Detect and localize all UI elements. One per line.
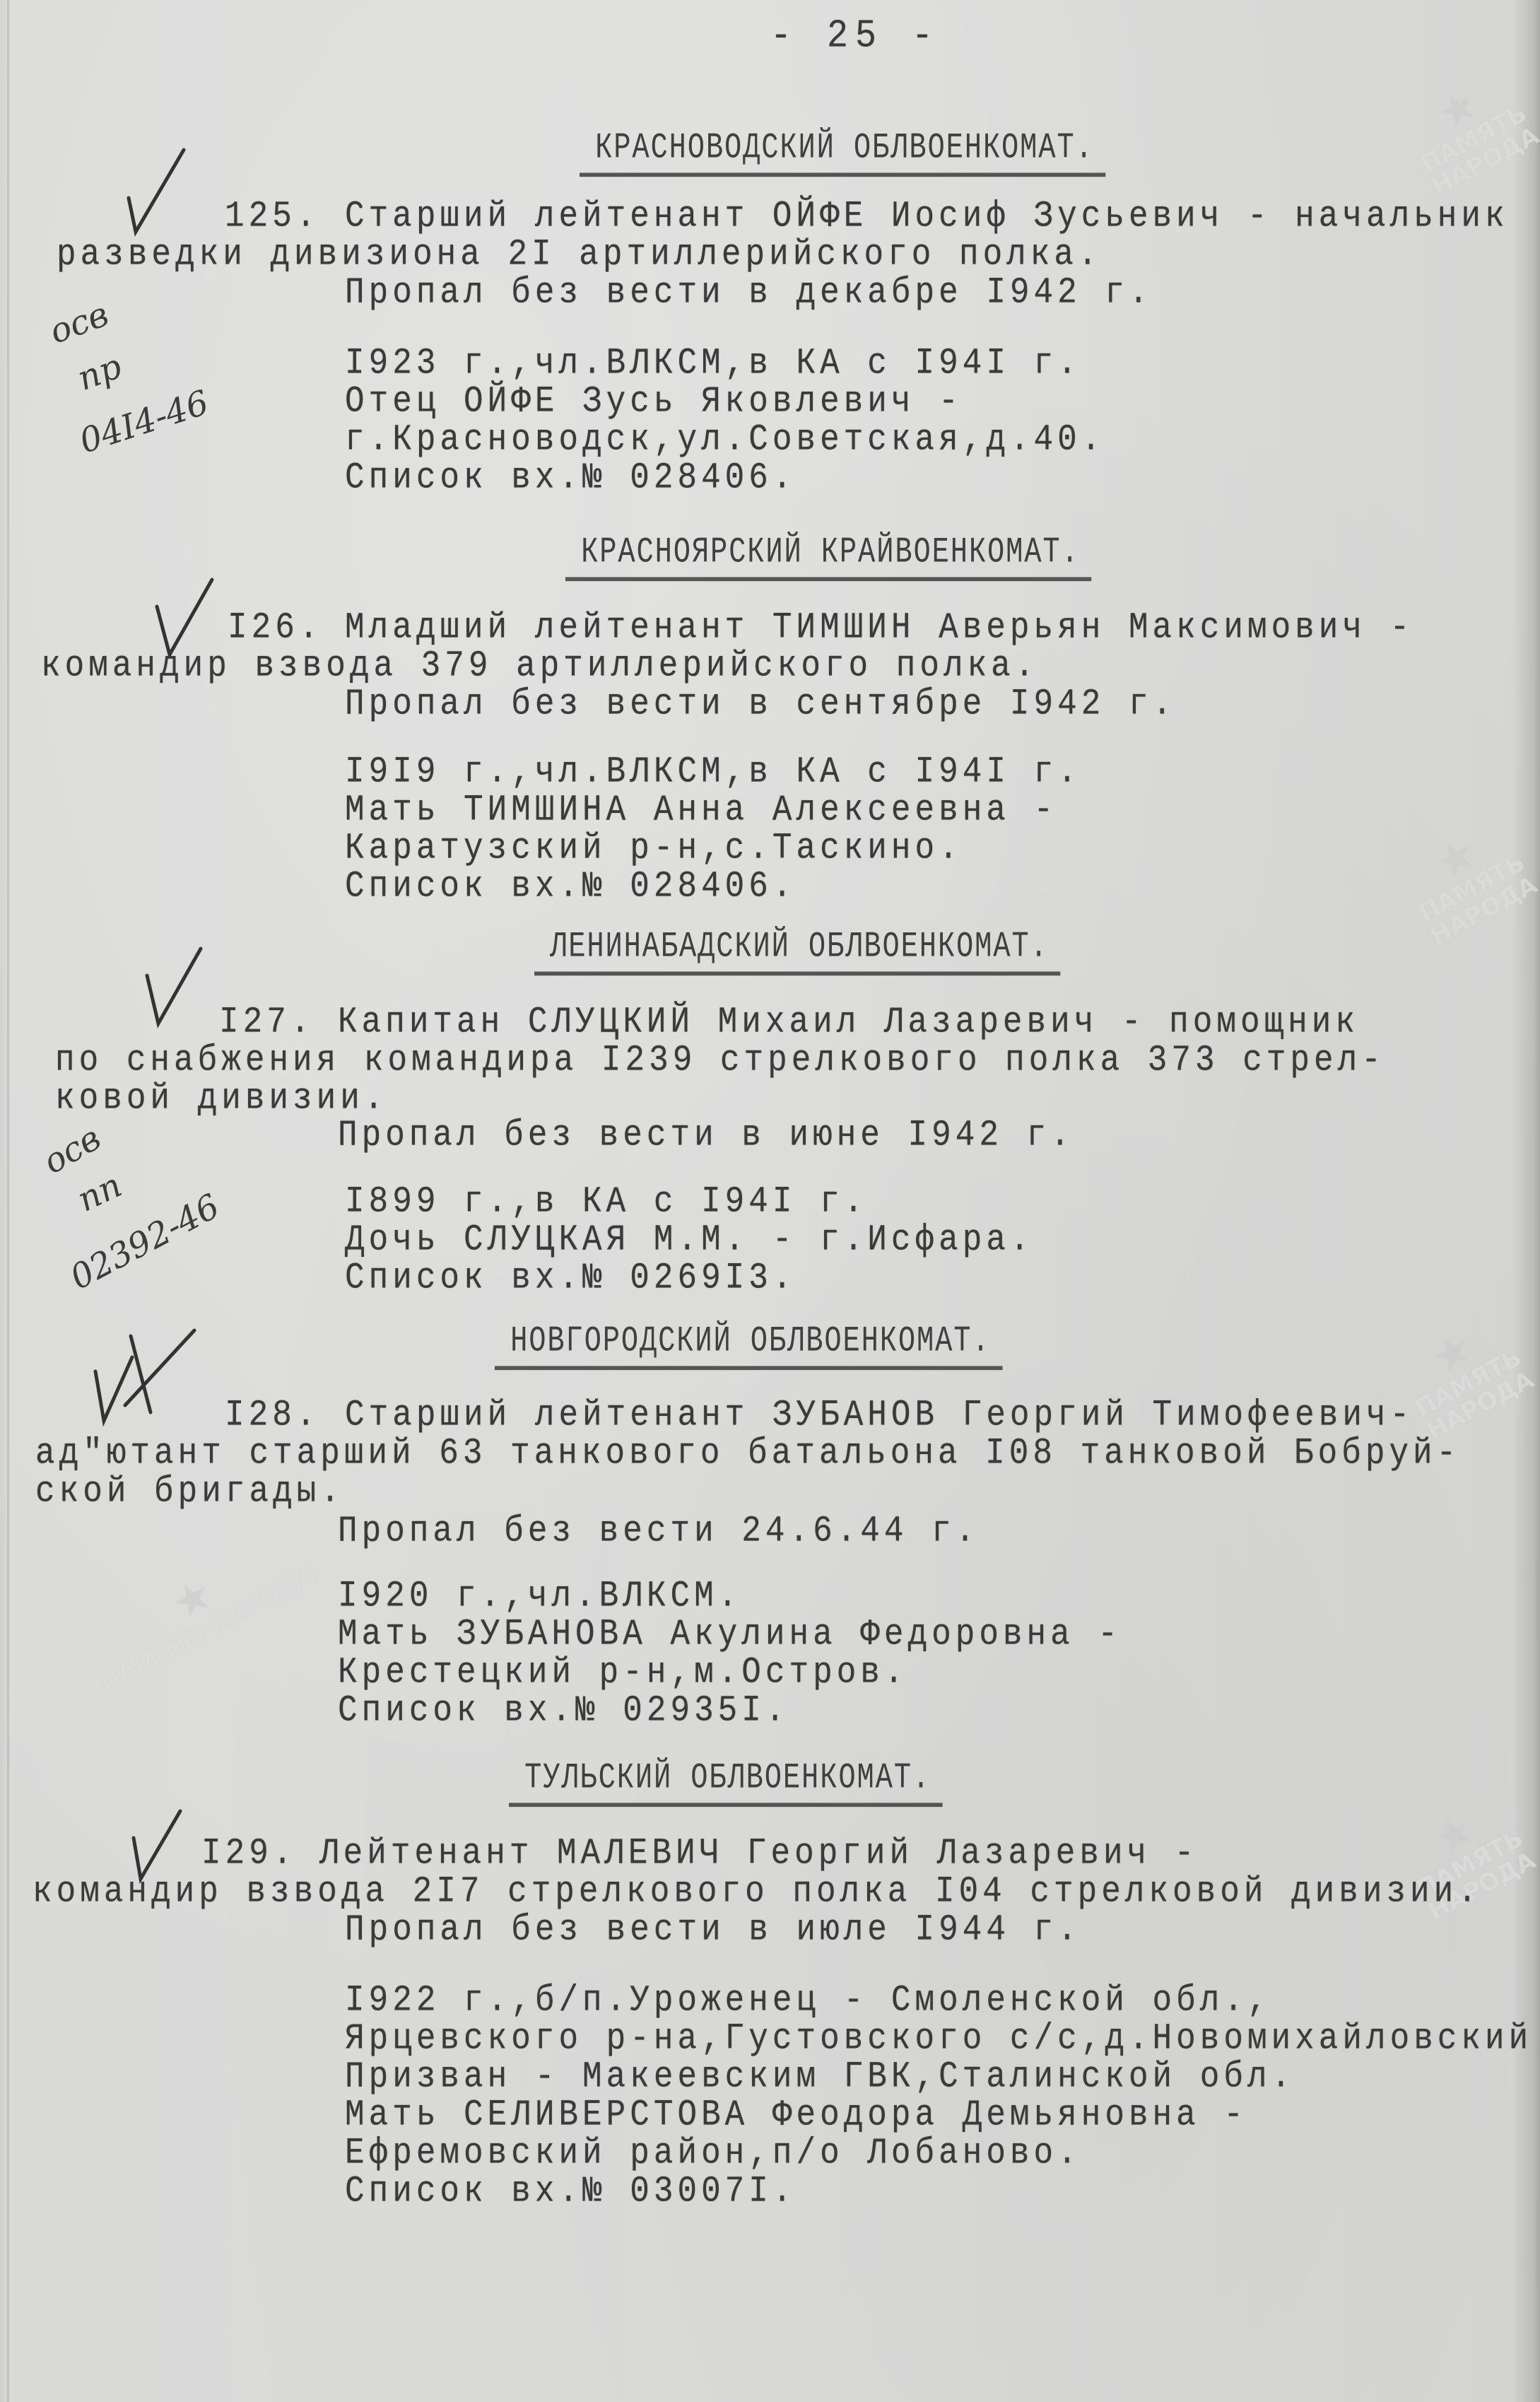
section-heading: НОВГОРОДСКИЙ ОБЛВОЕНКОМАТ. — [495, 1320, 1002, 1370]
entry-text: командир взвода 2I7 стрелкового полка I0… — [33, 1870, 1481, 1913]
entry-status: Пропал без вести в июне I942 г. — [338, 1114, 1074, 1156]
entry-detail: Ярцевского р-на,Густовского с/с,д.Новоми… — [345, 2017, 1540, 2060]
entry-text: командир взвода 379 артиллерийского полк… — [41, 645, 1038, 687]
entry-detail: Каратузский р-н,с.Таскино. — [345, 827, 963, 869]
entry-detail: Список вх.№ 02935I. — [338, 1689, 789, 1732]
entry-text: ад"ютант старший 63 танкового батальона … — [35, 1432, 1460, 1475]
section-heading: КРАСНОЯРСКИЙ КРАЙВОЕНКОМАТ. — [565, 532, 1091, 581]
entry-detail: Список вх.№ 028406. — [345, 865, 797, 908]
entry-number: I26. — [228, 607, 322, 649]
section-heading: ЛЕНИНАБАДСКИЙ ОБЛВОЕНКОМАТ. — [534, 926, 1060, 976]
entry-detail: I922 г.,б/п.Уроженец - Смоленской обл., — [345, 1979, 1271, 2022]
entry-status: Пропал без вести в сентябре I942 г. — [345, 683, 1176, 725]
page-edge — [7, 0, 9, 2402]
entry-number: I28. — [225, 1394, 319, 1436]
entry-detail: I899 г.,в КА с I94I г. — [345, 1181, 867, 1223]
entry-status: Пропал без вести в декабре I942 г. — [345, 271, 1153, 314]
entry-text: Старший лейтенант ЗУБАНОВ Георгий Тимофе… — [345, 1394, 1413, 1436]
entry-detail: Мать СЕЛИВЕРСТОВА Феодора Демьяновна - — [345, 2094, 1247, 2136]
entry-detail: I923 г.,чл.ВЛКСМ,в КА с I94I г. — [345, 342, 1081, 385]
entry-text: разведки дивизиона 2I артиллерийского по… — [57, 233, 1102, 276]
entry-detail: Отец ОЙФЕ Зусь Яковлевич - — [345, 380, 963, 423]
entry-detail: Крестецкий р-н,м.Остров. — [338, 1651, 908, 1694]
checkmark-icon — [120, 148, 205, 233]
entry-detail: Ефремовский район,п/о Лобаново. — [345, 2132, 1081, 2174]
entry-text: Капитан СЛУЦКИЙ Михаил Лазаревич - помощ… — [338, 1001, 1359, 1043]
entry-text: ской бригады. — [35, 1470, 344, 1513]
entry-detail: Дочь СЛУЦКАЯ М.М. - г.Исфара. — [345, 1219, 1034, 1261]
page-number: - 25 - — [770, 16, 940, 58]
entry-detail: Мать ТИМШИНА Анна Алексеевна - — [345, 789, 1057, 831]
entry-detail: I9I9 г.,чл.ВЛКСМ,в КА с I94I г. — [345, 751, 1081, 793]
entry-number: 125. — [225, 195, 319, 238]
entry-detail: Мать ЗУБАНОВА Акулина Федоровна - — [338, 1613, 1122, 1656]
entry-text: Старший лейтенант ОЙФЕ Иосиф Зусьевич - … — [345, 195, 1509, 238]
entry-number: I27. — [219, 1001, 314, 1043]
check-cross-icon — [88, 1329, 230, 1428]
checkmark-icon — [141, 947, 205, 1025]
entry-detail: Призван - Макеевским ГВК,Сталинской обл. — [345, 2056, 1295, 2098]
entry-detail: Список вх.№ 028406. — [345, 457, 797, 499]
entry-text: Лейтенант МАЛЕВИЧ Георгий Лазаревич - — [319, 1832, 1198, 1875]
section-heading: КРАСНОВОДСКИЙ ОБЛВОЕНКОМАТ. — [580, 127, 1105, 177]
entry-text: по снабжения командира I239 стрелкового … — [55, 1039, 1385, 1082]
entry-text: Младший лейтенант ТИМШИН Аверьян Максимо… — [345, 607, 1413, 649]
entry-status: Пропал без вести 24.6.44 г. — [338, 1510, 979, 1552]
checkmark-icon — [131, 1810, 194, 1880]
entry-detail: г.Красноводск,ул.Советская,д.40. — [345, 418, 1105, 461]
entry-detail: Список вх.№ 0269I3. — [345, 1257, 797, 1299]
entry-detail: Список вх.№ 03007I. — [345, 2170, 797, 2213]
entry-status: Пропал без вести в июле I944 г. — [345, 1909, 1081, 1951]
section-heading: ТУЛЬСКИЙ ОБЛВОЕНКОМАТ. — [509, 1757, 943, 1807]
entry-number: I29. — [201, 1832, 296, 1875]
entry-detail: I920 г.,чл.ВЛКСМ. — [338, 1575, 741, 1617]
